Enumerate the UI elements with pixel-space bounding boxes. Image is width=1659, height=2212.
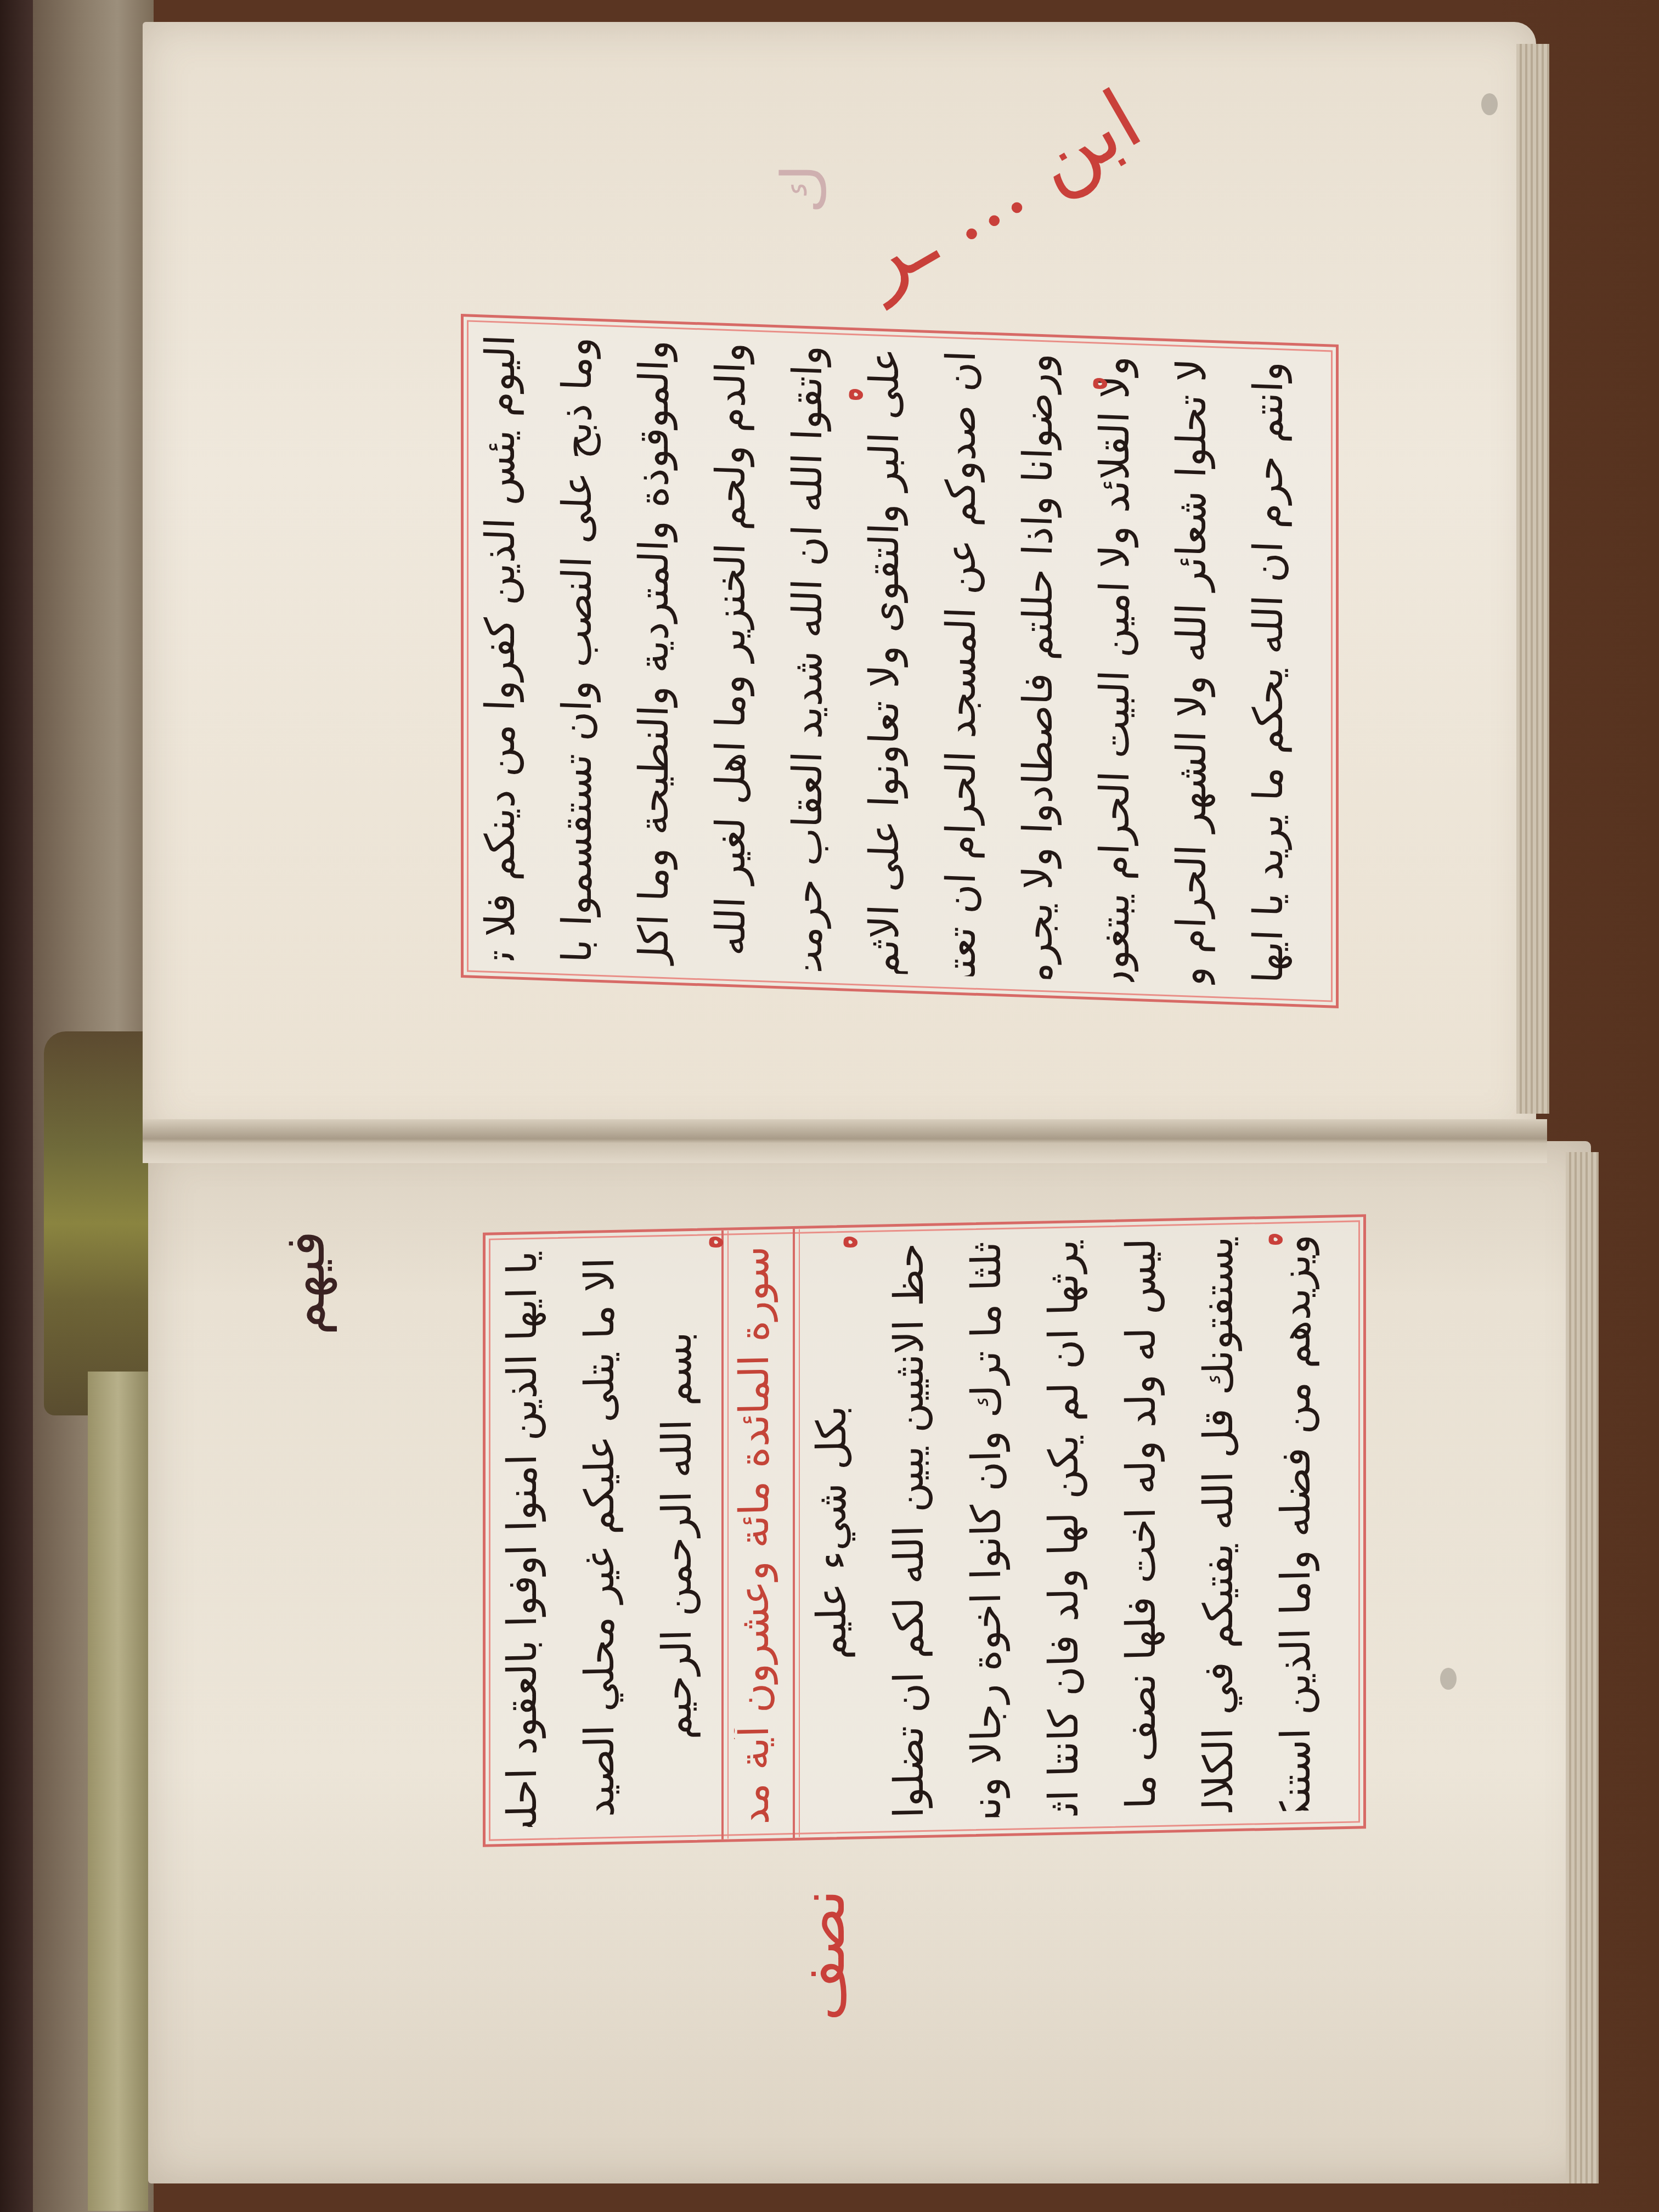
text-line: ان صدوكم عن المسجد الحرام ان تعتدوا وتعا… xyxy=(941,350,1012,978)
text-line: ليس له ولد وله اخت فلها نصف ما ترك وهو xyxy=(1121,1237,1192,1815)
paper-stain xyxy=(1440,1668,1457,1690)
bottom-marginal-note: نصف xyxy=(788,1889,858,2021)
top-faint-note: ك xyxy=(769,164,839,214)
bottom-page-text-frame: ويزيدهم من فضله واما الذين استنكفوا واست… xyxy=(483,1214,1366,1847)
text-line: والموقوذة والمتردية والنطيحة وما اكل الس… xyxy=(634,339,705,967)
text-line: ورضوانا واذا حللتم فاصطادوا ولا يجرمنكم … xyxy=(1018,353,1089,981)
text-line: ثلثا ما ترك وان كانوا اخوة رجالا ونساء ف… xyxy=(966,1240,1037,1818)
top-page-text-frame: وانتم حرم ان الله يحكم ما يريد يا ايها ا… xyxy=(461,314,1339,1008)
text-line: ويزيدهم من فضله واما الذين استنكفوا واست… xyxy=(1276,1234,1347,1812)
text-line: ولا القلائد ولا امين البيت الحرام يبتغون… xyxy=(1094,355,1166,983)
text-line: يا ايها الذين امنوا اوفوا بالعقود احلت ل… xyxy=(502,1250,573,1827)
fore-edge-bottom xyxy=(1566,1152,1599,2183)
text-line: يستفتونك قل الله يفتيكم في الكلالة ان ام… xyxy=(1198,1235,1269,1813)
text-line: يرثها ان لم يكن لها ولد فان كانتا اثنتين… xyxy=(1043,1239,1115,1816)
fore-edge-top xyxy=(1516,44,1549,1114)
top-page-lines: وانتم حرم ان الله يحكم ما يريد يا ايها ا… xyxy=(480,334,1319,988)
paper-stain xyxy=(1481,93,1498,115)
bottom-page-lines: ويزيدهم من فضله واما الذين استنكفوا واست… xyxy=(502,1234,1347,1827)
surah-heading: سورة المائدة مائة وعشرون آية مدنية xyxy=(734,1245,805,1823)
page-gutter xyxy=(143,1119,1547,1163)
text-line: على البر والتقوى ولا تعاونوا على الاثم و… xyxy=(864,347,935,975)
verse-marker-icon: ه xyxy=(848,373,865,406)
binding-strip xyxy=(88,1372,148,2211)
verse-marker-icon: ه xyxy=(708,1221,725,1254)
text-line: وانتم حرم ان الله يحكم ما يريد يا ايها ا… xyxy=(1248,360,1319,989)
verse-marker-icon: ه xyxy=(1267,1218,1284,1251)
text-line: بكل شيء عليم xyxy=(811,1244,883,1821)
verse-marker-icon: ه xyxy=(842,1221,859,1254)
text-line: حظ الانثيين يبين الله لكم ان تضلوا والله xyxy=(889,1242,960,1820)
catchword: فيهم xyxy=(273,1231,337,1335)
text-line: لا تحلوا شعائر الله ولا الشهر الحرام ولا… xyxy=(1171,358,1243,986)
basmala: بسم الله الرحمن الرحيم xyxy=(657,1246,728,1824)
text-line: اليوم يئس الذين كفروا من دينكم فلا تخشوه… xyxy=(480,334,551,962)
text-line: وما ذبح على النصب وان تستقسموا بالازلام … xyxy=(557,336,628,964)
text-line: واتقوا الله ان الله شديد العقاب حرمت علي… xyxy=(787,345,859,973)
text-line: والدم ولحم الخنزير وما اهل لغير الله به … xyxy=(710,342,782,970)
verse-marker-icon: ه xyxy=(1092,362,1109,395)
text-line: الا ما يتلى عليكم غير محلي الصيد xyxy=(579,1248,651,1826)
